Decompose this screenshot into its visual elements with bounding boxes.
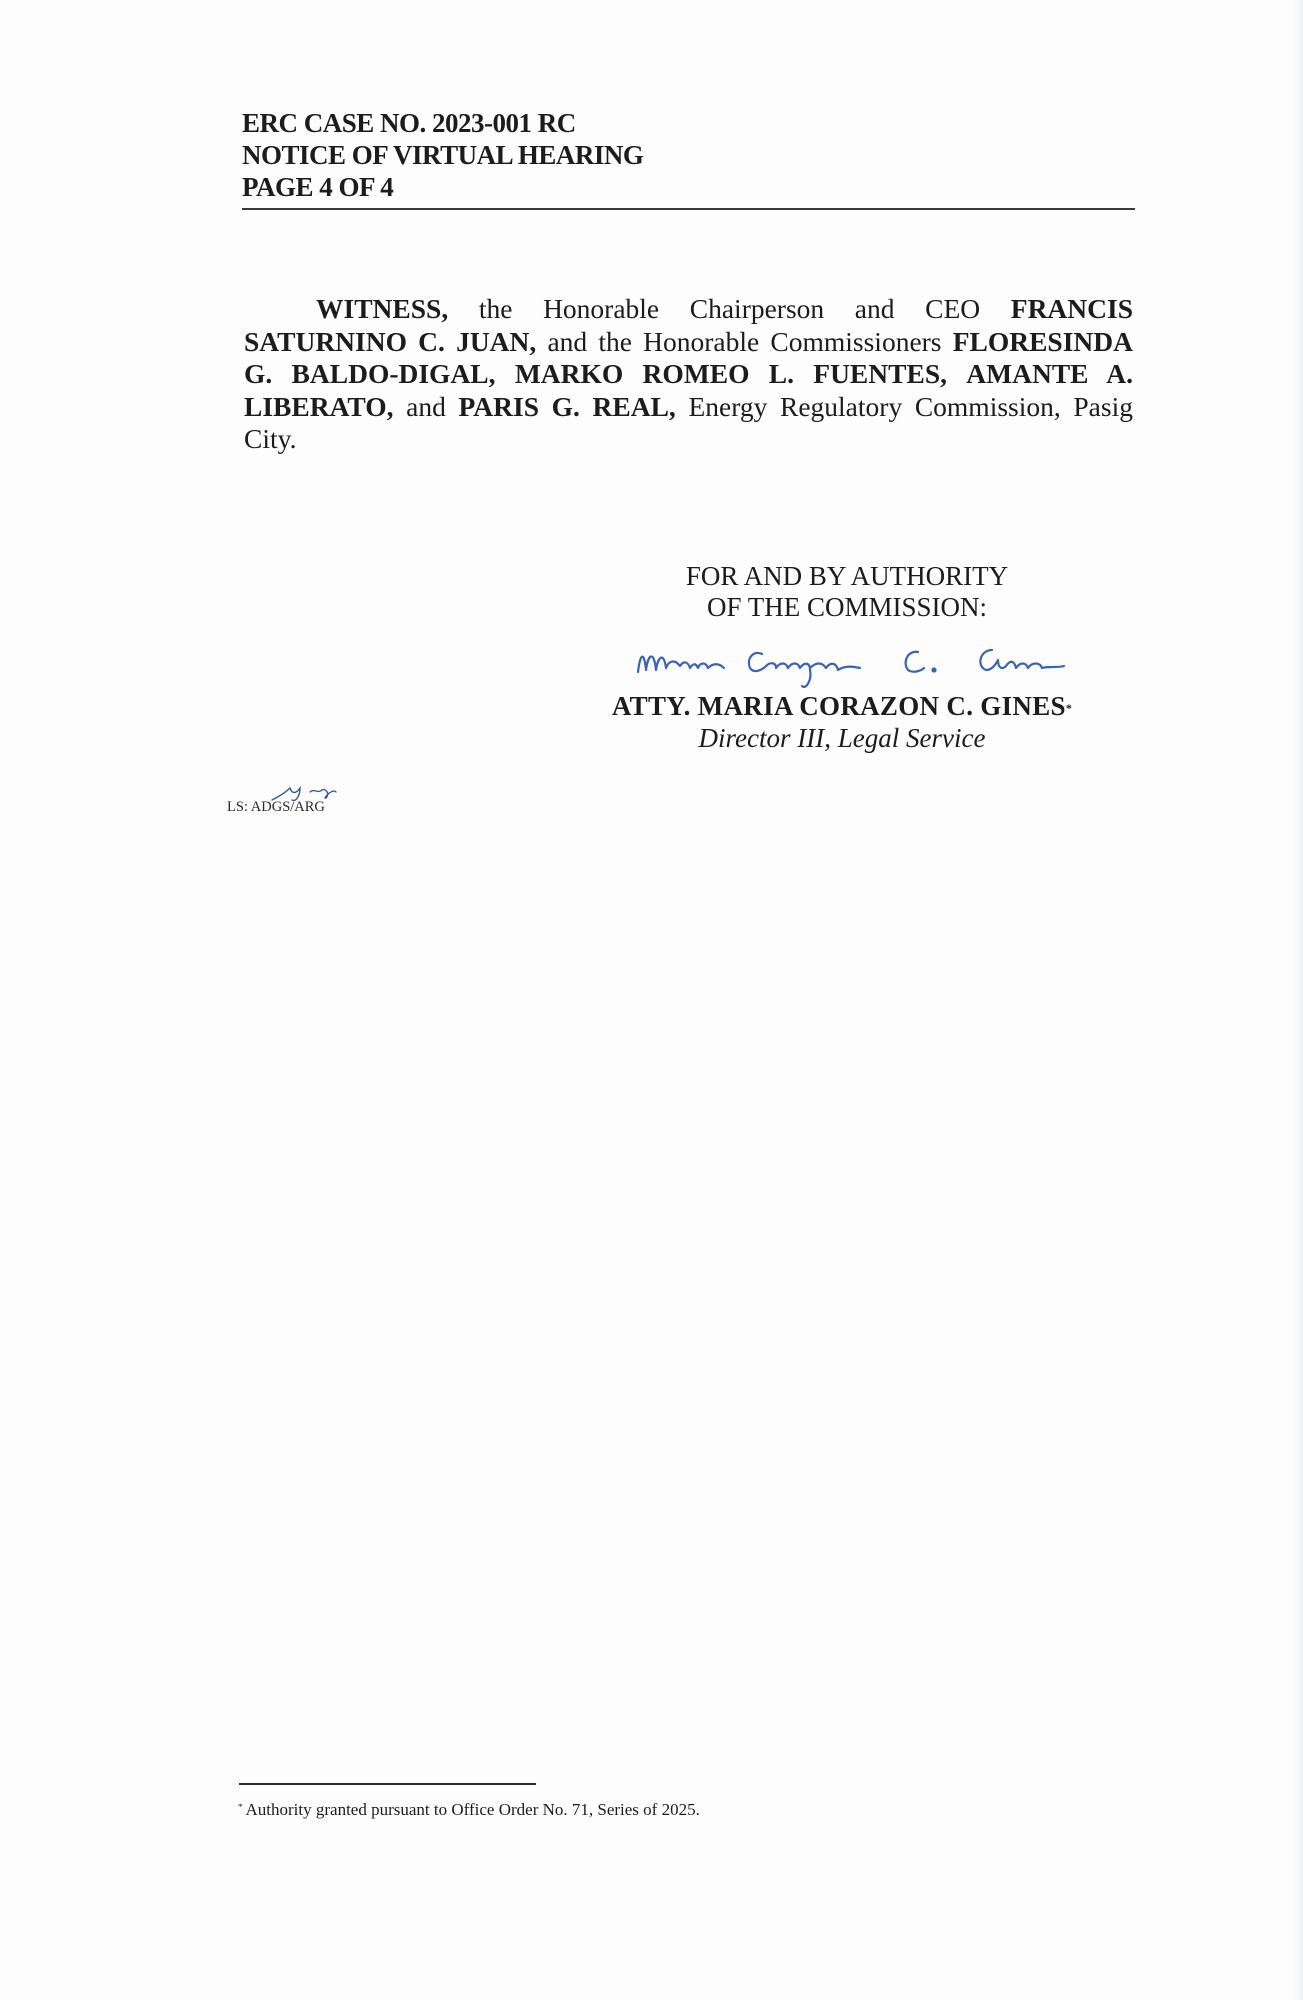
- initials-label: LS: ADGS/ARG: [227, 799, 325, 816]
- header-rule: [242, 208, 1135, 210]
- case-number: ERC CASE NO. 2023-001 RC: [242, 107, 1135, 139]
- footnote-rule: [239, 1783, 536, 1785]
- page-label: PAGE 4 OF 4: [242, 171, 1135, 203]
- authority-line-2: OF THE COMMISSION:: [612, 592, 1082, 623]
- signatory-block: ATTY. MARIA CORAZON C. GINES* Director I…: [592, 690, 1092, 754]
- notice-title: NOTICE OF VIRTUAL HEARING: [242, 139, 1135, 171]
- document-header: ERC CASE NO. 2023-001 RC NOTICE OF VIRTU…: [242, 107, 1135, 203]
- signature-icon: [630, 632, 1130, 692]
- signatory-name: ATTY. MARIA CORAZON C. GINES*: [592, 690, 1092, 722]
- signatory-title: Director III, Legal Service: [592, 722, 1092, 754]
- witness-paragraph: WITNESS, the Honorable Chairperson and C…: [244, 293, 1133, 456]
- commissioner-real: PARIS G. REAL,: [459, 391, 676, 422]
- footnote-text: Authority granted pursuant to Office Ord…: [246, 1800, 700, 1819]
- authority-line-1: FOR AND BY AUTHORITY: [612, 561, 1082, 592]
- page-edge-shadow: [1293, 0, 1303, 2000]
- authority-block: FOR AND BY AUTHORITY OF THE COMMISSION:: [612, 561, 1082, 623]
- footnote-marker: *: [1066, 701, 1072, 715]
- footnote-mark: *: [238, 1802, 243, 1812]
- footnote: *Authority granted pursuant to Office Or…: [238, 1800, 700, 1820]
- handwritten-signature: [630, 632, 1130, 692]
- witness-lead: WITNESS,: [316, 293, 448, 324]
